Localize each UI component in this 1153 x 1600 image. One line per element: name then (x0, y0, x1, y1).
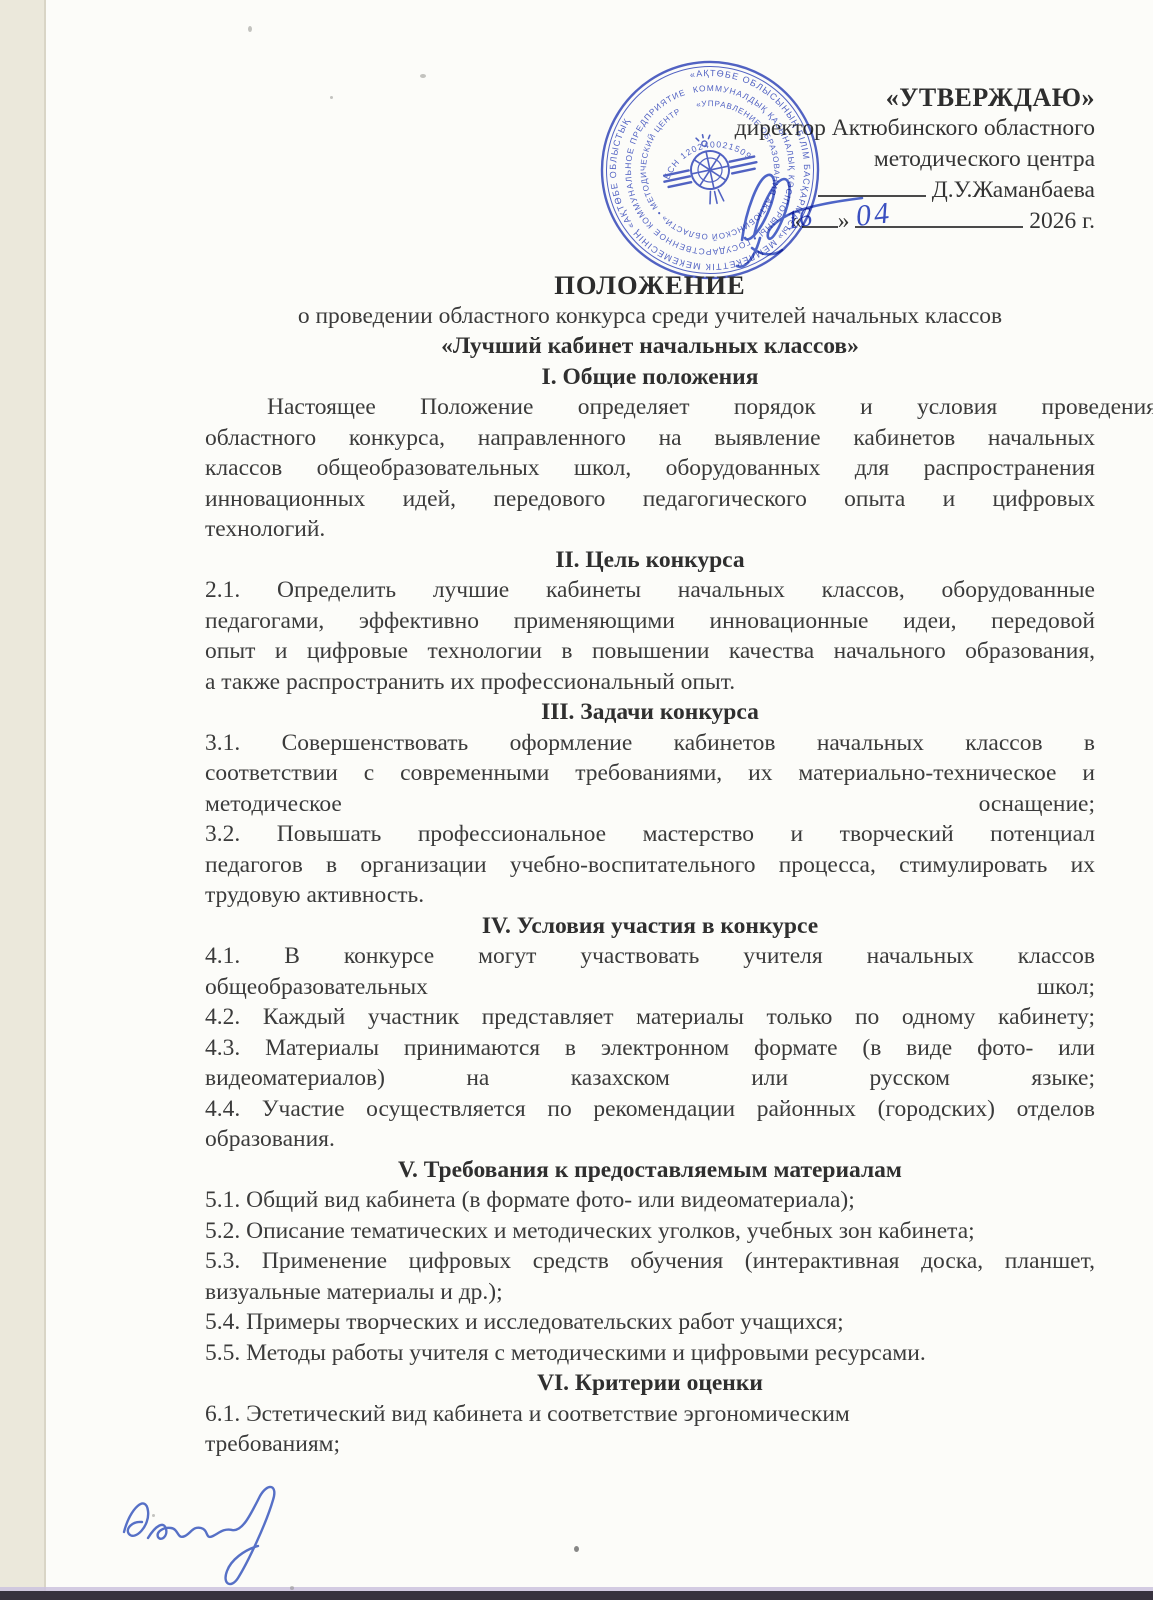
approver-name: Д.У.Жаманбаева (932, 177, 1095, 203)
section-heading: II. Цель конкурса (205, 545, 1095, 576)
doc-line: 4.2. Каждый участник представляет матери… (205, 1002, 1095, 1033)
doc-line: инновационных идей, передового педагогич… (205, 484, 1095, 515)
doc-line: педагогами, эффективно применяющими инно… (205, 606, 1095, 637)
section-heading: V. Требования к предоставляемым материал… (205, 1155, 1095, 1186)
doc-line: видеоматериалов) на казахском или русско… (205, 1063, 1095, 1094)
doc-line: областного конкурса, направленного на вы… (205, 423, 1095, 454)
bottom-signature (100, 1478, 340, 1596)
doc-line: визуальные материалы и др.); (205, 1277, 1095, 1308)
scan-speck (248, 26, 252, 32)
doc-line: соответствии с современными требованиями… (205, 758, 1095, 789)
scan-speck (420, 74, 426, 78)
doc-sections: I. Общие положенияНастоящее Положение оп… (205, 362, 1095, 1460)
section-heading: IV. Условия участия в конкурсе (205, 911, 1095, 942)
section-heading: I. Общие положения (205, 362, 1095, 393)
scan-speck (574, 1546, 579, 1552)
doc-line: а также распространить их профессиональн… (205, 667, 1095, 698)
scan-speck (330, 96, 333, 99)
doc-line: методическое оснащение; (205, 789, 1095, 820)
doc-line: педагогов в организации учебно-воспитате… (205, 850, 1095, 881)
doc-line: 6.1. Эстетический вид кабинета и соответ… (205, 1399, 1095, 1430)
doc-line: 4.3. Материалы принимаются в электронном… (205, 1033, 1095, 1064)
doc-line: опыт и цифровые технологии в повышении к… (205, 636, 1095, 667)
doc-line: трудовую активность. (205, 880, 1095, 911)
section-heading: III. Задачи конкурса (205, 697, 1095, 728)
doc-subtitle: о проведении областного конкурса среди у… (205, 301, 1095, 332)
doc-line: 2.1. Определить лучшие кабинеты начальны… (205, 575, 1095, 606)
doc-line: технологий. (205, 514, 1095, 545)
document-body: ПОЛОЖЕНИЕ о проведении областного конкур… (205, 270, 1095, 1460)
doc-line: Настоящее Положение определяет порядок и… (205, 392, 1153, 423)
doc-line: 5.2. Описание тематических и методически… (205, 1216, 1095, 1247)
director-signature (722, 152, 892, 284)
section-heading: VI. Критерии оценки (205, 1368, 1095, 1399)
doc-line: образования. (205, 1124, 1095, 1155)
scanned-document-page: «УТВЕРЖДАЮ» директор Актюбинского област… (0, 0, 1153, 1600)
doc-line: 5.3. Применение цифровых средств обучени… (205, 1246, 1095, 1277)
doc-title: ПОЛОЖЕНИЕ (205, 270, 1095, 301)
doc-line: 5.4. Примеры творческих и исследовательс… (205, 1307, 1095, 1338)
year-label: 2026 г. (1029, 208, 1095, 234)
doc-line: 3.1. Совершенствовать оформление кабинет… (205, 728, 1095, 759)
doc-line: 3.2. Повышать профессиональное мастерств… (205, 819, 1095, 850)
doc-line: 4.4. Участие осуществляется по рекоменда… (205, 1094, 1095, 1125)
scan-edge-left (0, 0, 46, 1600)
doc-subtitle2: «Лучший кабинет начальных классов» (205, 331, 1095, 362)
doc-line: классов общеобразовательных школ, оборуд… (205, 453, 1095, 484)
doc-line: 5.5. Методы работы учителя с методически… (205, 1338, 1095, 1369)
doc-line: 5.1. Общий вид кабинета (в формате фото-… (205, 1185, 1095, 1216)
doc-line: 4.1. В конкурсе могут участвовать учител… (205, 941, 1095, 972)
doc-line: общеобразовательных школ; (205, 972, 1095, 1003)
doc-line: требованиям; (205, 1429, 1095, 1460)
